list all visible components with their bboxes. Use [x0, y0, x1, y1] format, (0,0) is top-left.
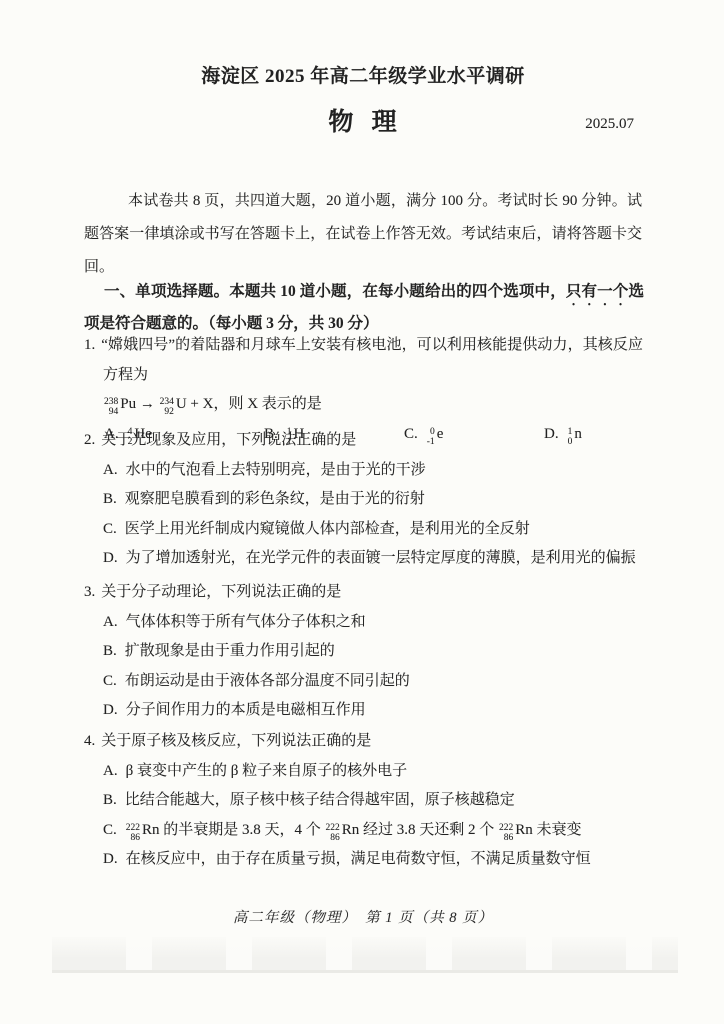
exam-date: 2025.07	[585, 116, 634, 133]
question-3-stem: 3.关于分子动理论，下列说法正确的是	[84, 578, 643, 608]
question-3: 3.关于分子动理论，下列说法正确的是 A.气体体积等于所有气体分子体积之和 B.…	[84, 578, 643, 726]
question-3-number: 3.	[84, 584, 95, 600]
option-text: 气体体积等于所有气体分子体积之和	[126, 614, 366, 630]
scan-edge-artifact	[52, 937, 678, 973]
option-label: C.	[103, 822, 117, 838]
option-text: β 衰变中产生的 β 粒子来自原子的核外电子	[126, 763, 408, 779]
question-2-option-c: C.医学上用光纤制成内窥镜做人体内部检查，是利用光的全反射	[103, 515, 643, 545]
question-4-number: 4.	[84, 733, 95, 749]
option-text: 比结合能越大，原子核中核子结合得越牢固，原子核越稳定	[125, 792, 515, 808]
option-text: 医学上用光纤制成内窥镜做人体内部检查，是利用光的全反射	[125, 521, 530, 537]
option-label: D.	[103, 702, 118, 718]
question-4-option-c: C.22286Rn 的半衰期是 3.8 天，4 个 22286Rn 经过 3.8…	[103, 816, 643, 846]
section-1-heading-pre: 一、单项选择题。本题共 10 道小题，在每小题给出的四个选项中，	[104, 283, 566, 300]
option-text: 布朗运动是由于液体各部分温度不同引起的	[125, 673, 410, 689]
question-1-number: 1.	[84, 337, 95, 353]
option-label: B.	[103, 491, 117, 507]
option-text: 水中的气泡看上去特别明亮，是由于光的干涉	[126, 462, 426, 478]
question-3-option-c: C.布朗运动是由于液体各部分温度不同引起的	[103, 667, 643, 697]
option-text: 22286Rn 的半衰期是 3.8 天，4 个 22286Rn 经过 3.8 天…	[125, 822, 582, 838]
option-text: 扩散现象是由于重力作用引起的	[125, 643, 335, 659]
option-label: C.	[103, 521, 117, 537]
question-2-option-a: A.水中的气泡看上去特别明亮，是由于光的干涉	[103, 456, 643, 486]
option-text: 观察肥皂膜看到的彩色条纹，是由于光的衍射	[125, 491, 425, 507]
option-text: 分子间作用力的本质是电磁相互作用	[126, 702, 366, 718]
option-label: A.	[103, 462, 118, 478]
question-4: 4.关于原子核及核反应，下列说法正确的是 A.β 衰变中产生的 β 粒子来自原子…	[84, 727, 643, 875]
document-title: 海淀区 2025 年高二年级学业水平调研	[84, 61, 642, 88]
page-footer: 高二年级（物理） 第 1 页（共 8 页）	[84, 906, 642, 927]
section-1-heading-emphasis: 只有一个	[566, 283, 629, 300]
question-4-option-b: B.比结合能越大，原子核中核子结合得越牢固，原子核越稳定	[103, 786, 643, 816]
option-text: 为了增加透射光，在光学元件的表面镀一层特定厚度的薄膜，是利用光的偏振	[126, 550, 636, 566]
question-3-stem-text: 关于分子动理论，下列说法正确的是	[101, 584, 341, 600]
exam-paper-page: 海淀区 2025 年高二年级学业水平调研 物 理 2025.07 本试卷共 8 …	[0, 0, 724, 1024]
exam-instructions: 本试卷共 8 页，共四道大题，20 道小题，满分 100 分。考试时长 90 分…	[84, 185, 642, 284]
option-label: B.	[103, 643, 117, 659]
question-2-option-b: B.观察肥皂膜看到的彩色条纹，是由于光的衍射	[103, 485, 643, 515]
option-text: 在核反应中，由于存在质量亏损，满足电荷数守恒，不满足质量数守恒	[126, 851, 591, 867]
option-label: B.	[103, 792, 117, 808]
question-4-stem: 4.关于原子核及核反应，下列说法正确的是	[84, 727, 643, 757]
question-4-stem-text: 关于原子核及核反应，下列说法正确的是	[101, 733, 371, 749]
question-2-option-d: D.为了增加透射光，在光学元件的表面镀一层特定厚度的薄膜，是利用光的偏振	[103, 544, 643, 574]
option-label: A.	[103, 763, 118, 779]
option-label: D.	[103, 550, 118, 566]
question-4-option-d: D.在核反应中，由于存在质量亏损，满足电荷数守恒，不满足质量数守恒	[103, 845, 643, 875]
question-2-stem: 2.关于光现象及应用，下列说法正确的是	[84, 426, 643, 456]
subject-row: 物 理 2025.07	[84, 102, 642, 144]
question-2: 2.关于光现象及应用，下列说法正确的是 A.水中的气泡看上去特别明亮，是由于光的…	[84, 426, 643, 574]
question-1-formula: 23894Pu → 23492U + X，则 X 表示的是	[103, 390, 643, 420]
question-4-option-a: A.β 衰变中产生的 β 粒子来自原子的核外电子	[103, 757, 643, 787]
question-1-stem-text: “嫦娥四号”的着陆器和月球车上安装有核电池，可以利用核能提供动力，其核反应方程为	[101, 337, 643, 383]
option-label: D.	[103, 851, 118, 867]
subject-title: 物 理	[84, 102, 642, 138]
question-3-option-a: A.气体体积等于所有气体分子体积之和	[103, 608, 643, 638]
option-label: A.	[103, 614, 118, 630]
question-3-option-d: D.分子间作用力的本质是电磁相互作用	[103, 696, 643, 726]
question-2-number: 2.	[84, 432, 95, 448]
option-label: C.	[103, 673, 117, 689]
question-1-stem: 1.“嫦娥四号”的着陆器和月球车上安装有核电池，可以利用核能提供动力，其核反应方…	[84, 331, 643, 390]
question-2-stem-text: 关于光现象及应用，下列说法正确的是	[101, 432, 356, 448]
question-3-option-b: B.扩散现象是由于重力作用引起的	[103, 637, 643, 667]
